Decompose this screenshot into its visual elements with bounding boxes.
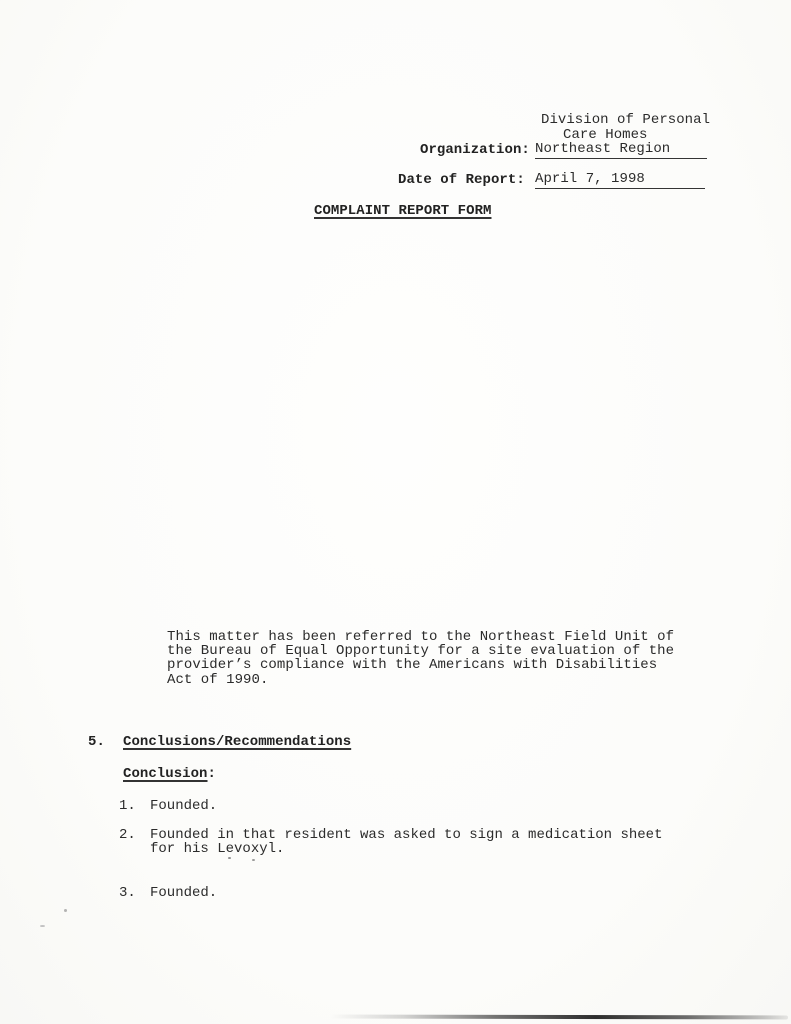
list-item-number: 1.	[119, 799, 150, 813]
scan-speck	[228, 857, 231, 859]
section-heading: Conclusions/Recommendations	[123, 735, 351, 750]
organization-value: Northeast Region	[535, 141, 670, 157]
list-item-number: 3.	[119, 886, 150, 900]
referral-paragraph: This matter has been referred to the Nor…	[167, 630, 691, 687]
scan-speck	[252, 859, 255, 861]
complaint-report-page: Division of Personal Care Homes Organiza…	[0, 0, 791, 1024]
list-item-text: Founded.	[150, 886, 674, 900]
list-item: 2. Founded in that resident was asked to…	[119, 828, 674, 856]
organization-value-field: Northeast Region	[535, 142, 707, 159]
scanner-artifact-line	[330, 1015, 788, 1019]
date-of-report-value-field: April 7, 1998	[535, 172, 705, 189]
scan-speck	[40, 925, 45, 927]
list-item-text: Founded.	[150, 799, 674, 813]
scan-speck	[64, 909, 67, 912]
conclusion-subheading-colon: :	[208, 766, 216, 782]
section-number: 5.	[88, 735, 105, 750]
list-item: 1. Founded.	[119, 799, 674, 813]
division-name-line1: Division of Personal	[541, 113, 710, 128]
page-title: COMPLAINT REPORT FORM	[314, 204, 491, 219]
list-item-number: 2.	[119, 828, 150, 856]
list-item-text: Founded in that resident was asked to si…	[150, 828, 674, 856]
organization-label: Organization:	[420, 143, 530, 158]
conclusion-subheading-text: Conclusion	[123, 766, 208, 782]
conclusion-subheading: Conclusion:	[123, 767, 216, 782]
date-of-report-value: April 7, 1998	[535, 171, 645, 187]
date-of-report-label: Date of Report:	[398, 173, 525, 188]
list-item: 3. Founded.	[119, 886, 674, 900]
